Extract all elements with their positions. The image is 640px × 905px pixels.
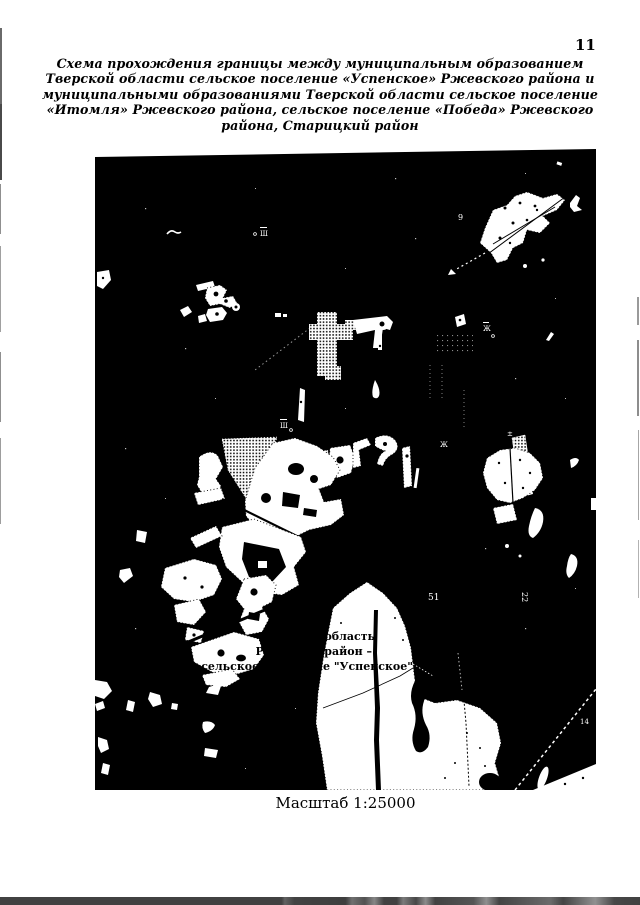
document-title: Схема прохождения границы между муниципа… <box>0 56 640 133</box>
map-symbol-tick: ± <box>507 430 513 438</box>
map-region-label: Тверская область <box>260 630 375 643</box>
map-symbol-51: 51 <box>428 593 439 603</box>
document-page: 11 Схема прохождения границы между муниц… <box>0 0 640 905</box>
svg-text:Ш: Ш <box>280 422 288 430</box>
title-line: муниципальными образованиями Тверской об… <box>42 87 598 102</box>
title-line: Тверской области сельское поселение «Усп… <box>45 71 594 86</box>
bottom-scan-bar <box>0 897 640 905</box>
title-line: «Итомля» Ржевского района, сельское посе… <box>47 102 594 117</box>
title-line: Схема прохождения границы между муниципа… <box>57 56 584 71</box>
left-scan-artifact <box>0 184 1 234</box>
map-scale-caption: Масштаб 1:25000 <box>95 794 596 812</box>
svg-text:Ж: Ж <box>483 325 491 333</box>
map-symbol-22: 22 <box>520 592 529 602</box>
left-scan-artifact <box>0 246 1 332</box>
svg-text:Ш: Ш <box>260 230 268 238</box>
left-scan-artifact <box>0 438 1 524</box>
right-scan-artifact <box>638 540 639 598</box>
map-symbol-9: 9 <box>458 213 463 222</box>
boundary-map-figure: Ш Ш Ж Ж 9 51 22 14 ± Тверская область <box>95 148 596 790</box>
map-symbol-cross: Ж <box>440 441 448 449</box>
left-scan-artifact <box>0 352 1 422</box>
page-number: 11 <box>575 36 596 54</box>
title-line: района, Старицкий район <box>221 118 418 133</box>
right-scan-artifact <box>638 430 639 520</box>
left-scan-artifact <box>0 104 2 180</box>
map-district-label: Ржевский район – <box>255 645 372 658</box>
map-settlement-label: сельское поселение "Успенское" <box>201 660 413 673</box>
left-scan-artifact <box>0 28 2 104</box>
map-symbol-14: 14 <box>580 718 589 726</box>
right-scan-artifact <box>637 340 639 416</box>
right-scan-artifact <box>637 297 639 325</box>
boundary-map: Ш Ш Ж Ж 9 51 22 14 ± Тверская область <box>95 148 596 790</box>
